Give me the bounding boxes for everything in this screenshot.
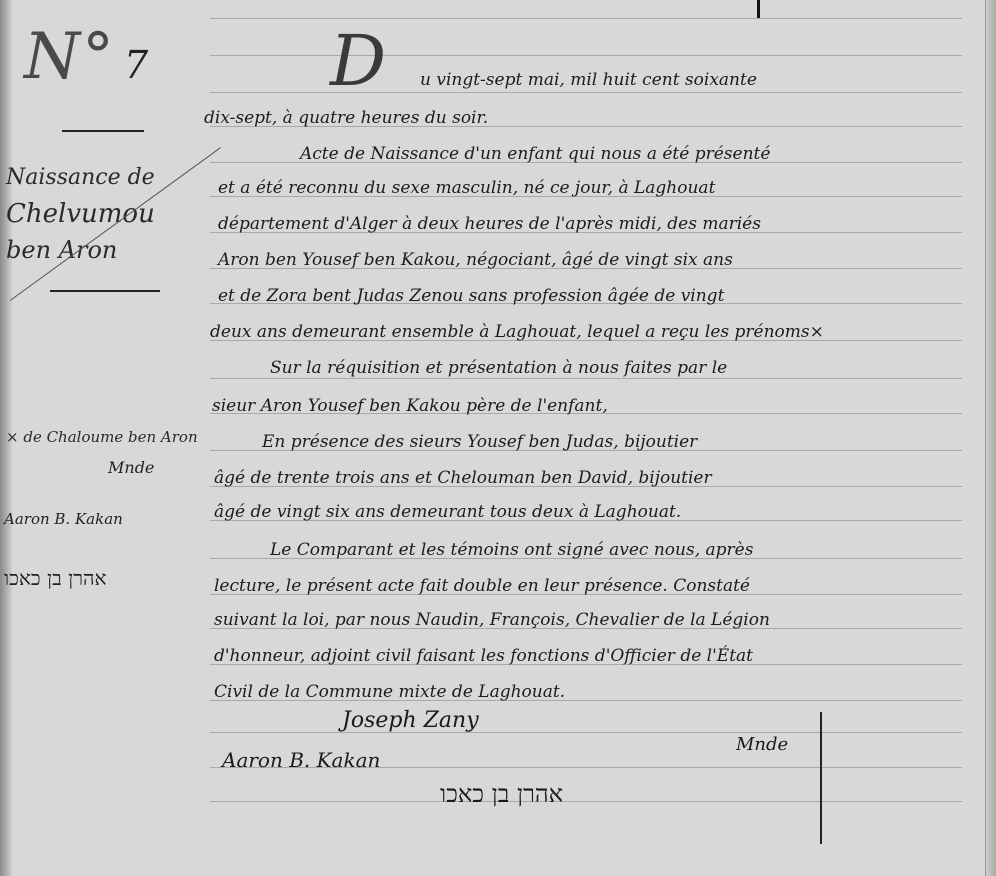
margin-title-underline — [50, 290, 160, 292]
body-line: d'honneur, adjoint civil faisant les fon… — [214, 646, 753, 666]
body-line: suivant la loi, par nous Naudin, Françoi… — [214, 610, 770, 630]
father-signature-hebrew: אהרן בן כאכו — [440, 780, 563, 809]
father-signature-latin: Aaron B. Kakan — [222, 748, 380, 772]
margin-note: × de Chaloume ben Aron — [6, 428, 198, 446]
body-line: et a été reconnu du sexe masculin, né ce… — [218, 178, 715, 198]
body-line: département d'Alger à deux heures de l'a… — [218, 214, 761, 234]
margin-father-signature-latin: Aaron B. Kakan — [4, 510, 123, 528]
act-number: N°7 — [24, 20, 150, 94]
witness-signature: Joseph Zany — [342, 708, 479, 733]
ink-mark — [757, 0, 760, 18]
body-line: et de Zora bent Judas Zenou sans profess… — [218, 286, 724, 306]
ruled-line — [210, 378, 962, 379]
body-line: Aron ben Yousef ben Kakou, négociant, âg… — [218, 250, 733, 270]
ruled-line — [210, 55, 962, 56]
body-line: Sur la réquisition et présentation à nou… — [270, 358, 727, 378]
body-line: dix-sept, à quatre heures du soir. — [204, 108, 488, 128]
act-number-underline — [62, 130, 144, 132]
official-signature-flourish — [820, 712, 822, 844]
birth-record-page: N°7 Naissance de Chelvumou ben Aron × de… — [0, 0, 996, 876]
act-number-label: N° — [24, 20, 116, 94]
margin-title-line: Naissance de — [6, 160, 155, 196]
page-right-edge — [985, 0, 996, 876]
margin-father-signature-hebrew: אהרן בן כאכו — [4, 566, 107, 591]
body-line: deux ans demeurant ensemble à Laghouat, … — [210, 322, 824, 342]
ruled-line — [210, 801, 962, 802]
left-margin: N°7 Naissance de Chelvumou ben Aron × de… — [0, 0, 210, 876]
official-signature: Mnde — [736, 734, 788, 755]
margin-title-line: Chelvumou — [6, 196, 155, 232]
ruled-line — [210, 92, 962, 93]
ruled-line — [210, 18, 962, 19]
body-line: En présence des sieurs Yousef ben Judas,… — [262, 432, 697, 452]
body-line: Le Comparant et les témoins ont signé av… — [270, 540, 753, 560]
drop-cap: D — [330, 20, 386, 102]
margin-official-signature: Mnde — [108, 458, 154, 477]
act-number-value: 7 — [124, 43, 150, 87]
body-line: lecture, le présent acte fait double en … — [214, 576, 750, 596]
body-line: sieur Aron Yousef ben Kakou père de l'en… — [212, 396, 608, 416]
margin-title: Naissance de Chelvumou ben Aron — [6, 160, 155, 268]
body-line: âgé de vingt six ans demeurant tous deux… — [214, 502, 681, 522]
body-line: âgé de trente trois ans et Chelouman ben… — [214, 468, 712, 488]
body-line: Civil de la Commune mixte de Laghouat. — [214, 682, 565, 702]
ruled-line — [210, 732, 962, 733]
body-line: u vingt-sept mai, mil huit cent soixante — [420, 70, 757, 90]
body-line: Acte de Naissance d'un enfant qui nous a… — [300, 144, 770, 164]
